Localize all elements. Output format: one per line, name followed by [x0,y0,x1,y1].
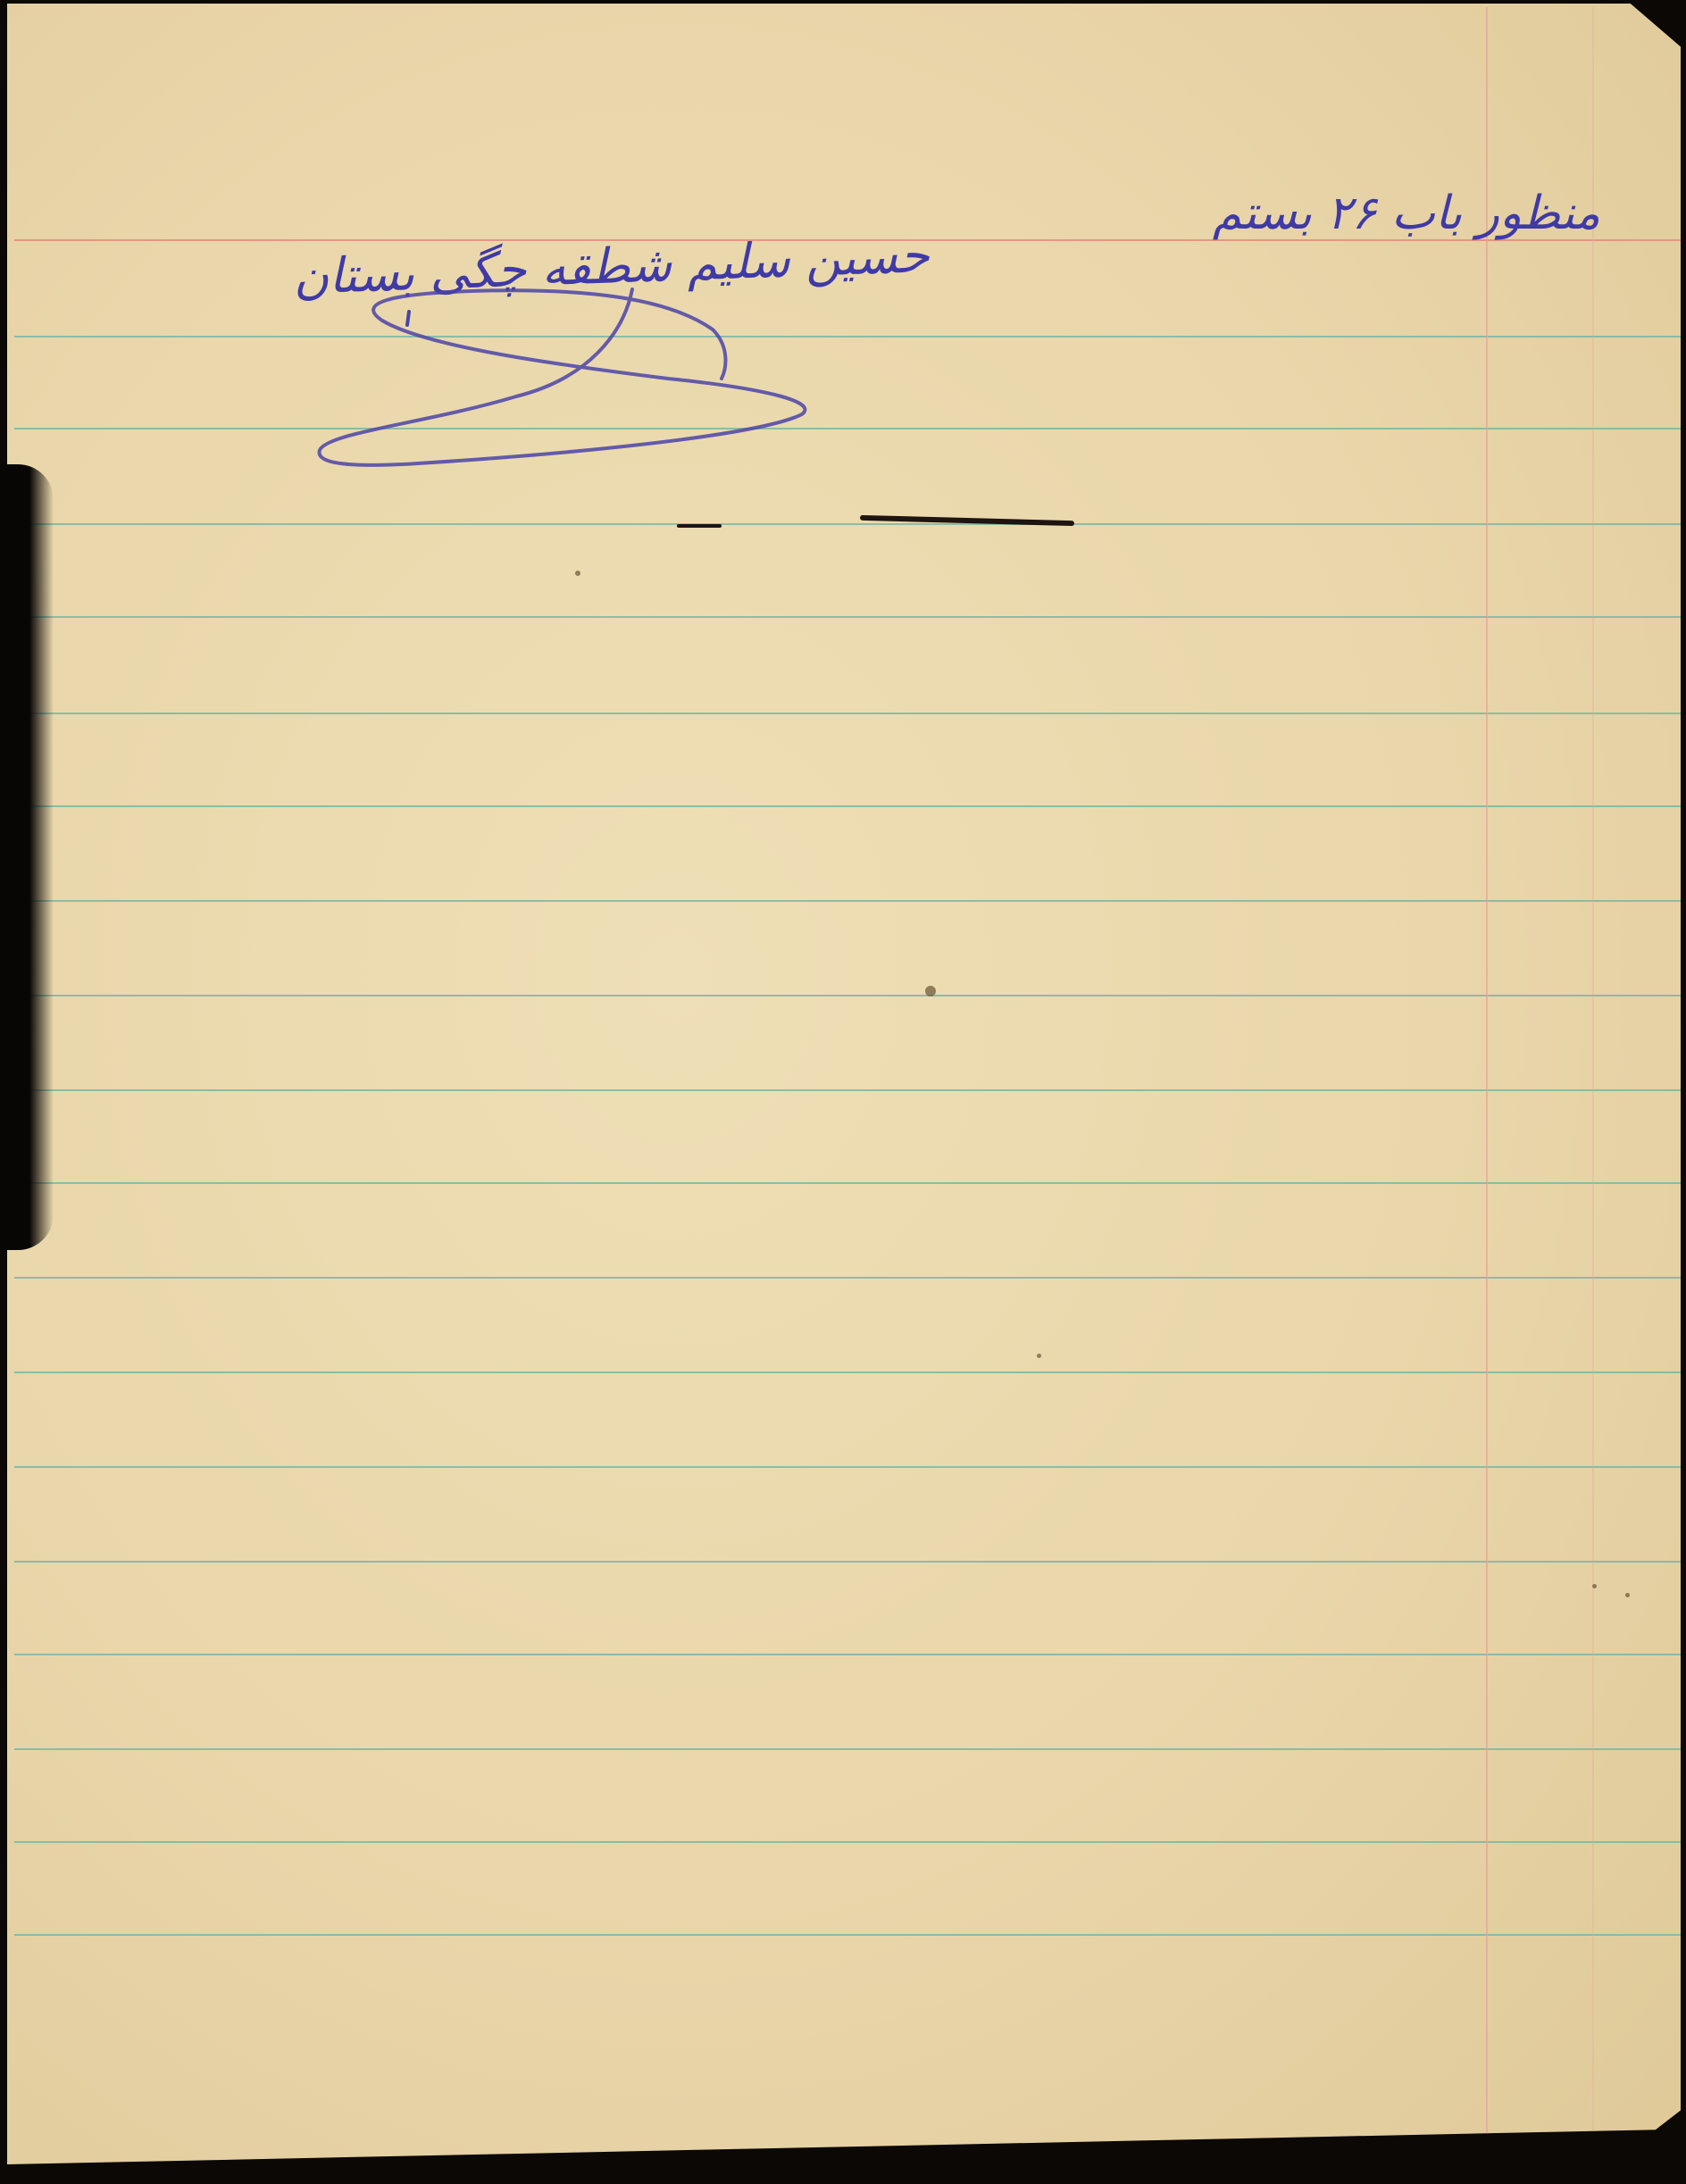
ruled-line [14,1089,1681,1091]
ruled-line [14,995,1681,996]
ruled-line [14,1277,1681,1279]
paper-speck [575,571,580,576]
ruled-line [14,805,1681,807]
paper-speck [1592,1584,1597,1588]
ruled-line [14,523,1681,525]
ruled-line [14,1561,1681,1563]
signature-icon [293,280,829,468]
right-margin-line [1486,7,1488,2145]
ruled-line [14,1182,1681,1184]
paper-speck [925,986,936,996]
ruled-line [14,1466,1681,1468]
ruled-line [14,428,1681,429]
paper-sheet: منظور باب ۲۶ بستم حسین سلیم شطقه چگی بست… [7,4,1681,2164]
ruled-line [14,713,1681,714]
ruled-line [14,1654,1681,1655]
pen-stroke-short [677,524,722,528]
ruled-line [14,1371,1681,1373]
right-margin-line-faint [1592,7,1594,2145]
ruled-line [14,1934,1681,1936]
ruled-line [14,616,1681,618]
ruled-line [14,336,1681,338]
handwritten-reference-line: منظور باب ۲۶ بستم [1213,187,1600,240]
ruled-line [14,1748,1681,1750]
ruled-line [14,900,1681,902]
paper-speck [1625,1593,1630,1597]
paper-speck [1037,1354,1041,1358]
ruled-line [14,1841,1681,1843]
torn-left-edge [0,464,54,1250]
